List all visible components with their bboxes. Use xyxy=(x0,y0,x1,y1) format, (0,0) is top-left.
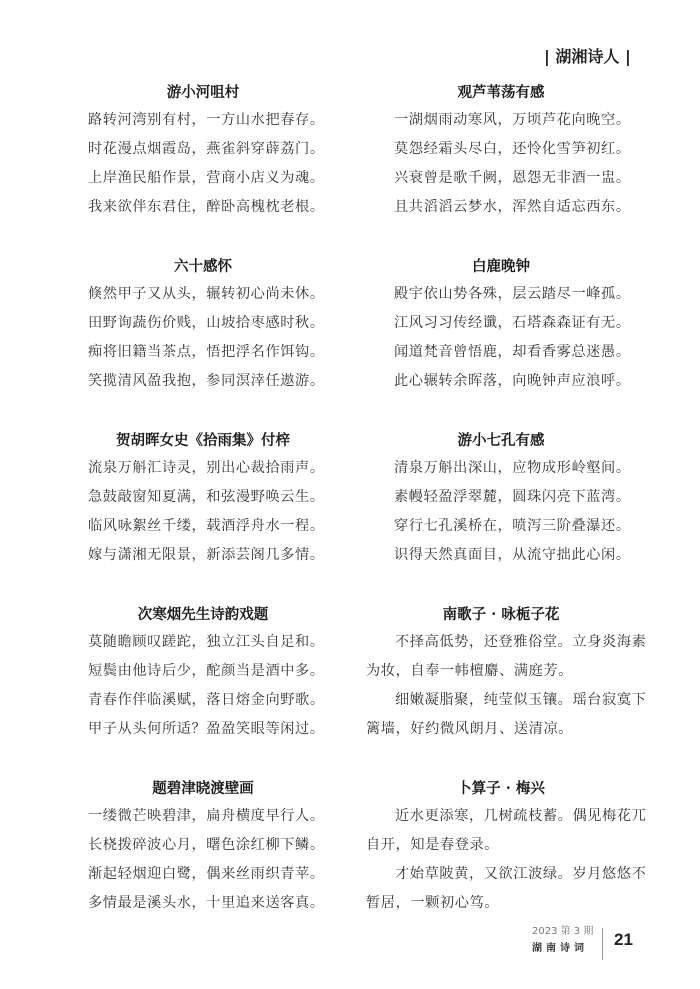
poem-line: 闻道梵音曾悟鹿，却看香雾总迷愚。 xyxy=(366,338,636,367)
footer: 2023 第 3 期 湖南诗词 xyxy=(532,922,593,954)
right-column: 观芦苇荡有感 一湖烟雨动寒风，万顷芦花向晚空。 莫怨经霜头尽白，还怜化雪笋初红。… xyxy=(366,80,636,918)
poem-line: 识得天然真面目，从流守拙此心闲。 xyxy=(366,541,636,570)
prose-line: 才始草陂黄，又欲江波绿。岁月悠悠不 xyxy=(366,860,636,889)
poem-line: 上岸渔民船作景，营商小店义为魂。 xyxy=(88,164,318,193)
poem: 次寒烟先生诗韵戏题 莫随瞻顾叹蹉跎，独立江头自足和。 短鬓由他诗后少，酡颜当是酒… xyxy=(88,602,318,744)
poem-line: 痴将旧籍当茶点，悟把浮名作饵钩。 xyxy=(88,338,318,367)
prose-line: 自开，知是春登录。 xyxy=(366,831,636,860)
poem-title: 观芦苇荡有感 xyxy=(366,80,636,106)
poem-title: 南歌子 · 咏栀子花 xyxy=(366,602,636,628)
issue-label: 2023 第 3 期 xyxy=(532,922,593,937)
poem: 观芦苇荡有感 一湖烟雨动寒风，万顷芦花向晚空。 莫怨经霜头尽白，还怜化雪笋初红。… xyxy=(366,80,636,222)
prose-line: 近水更添寒，几树疏枝蓄。偶见梅花兀 xyxy=(366,802,636,831)
poem-line: 田野询蔬伤价贱，山坡拾枣感时秋。 xyxy=(88,309,318,338)
poem-line: 殿宇依山势各殊，层云踏尽一峰孤。 xyxy=(366,280,636,309)
poem-line: 短鬓由他诗后少，酡颜当是酒中多。 xyxy=(88,657,318,686)
poem-title: 游小河咀村 xyxy=(88,80,318,106)
poem: 白鹿晚钟 殿宇依山势各殊，层云踏尽一峰孤。 江风习习传经谶，石塔森森证有无。 闻… xyxy=(366,254,636,396)
poem-title: 次寒烟先生诗韵戏题 xyxy=(88,602,318,628)
poem-title: 贺胡晖女史《拾雨集》付梓 xyxy=(88,428,318,454)
ci-poem: 南歌子 · 咏栀子花 不择高低势，还登雅俗堂。立身炎海素 为妆，自奉一帏檀麝、满… xyxy=(366,602,636,744)
poem-line: 急鼓敲窗知夏满，和弦漫野唤云生。 xyxy=(88,483,318,512)
poem-line: 且共滔滔云梦水，浑然自适忘西东。 xyxy=(366,193,636,222)
prose-line: 不择高低势，还登雅俗堂。立身炎海素 xyxy=(366,628,636,657)
poem-line: 此心辗转余晖落，向晚钟声应浪呼。 xyxy=(366,367,636,396)
poem-line: 青春作伴临溪赋，落日熔金向野歌。 xyxy=(88,686,318,715)
poem-line: 渐起轻烟迎白鹭，偶来丝雨织青苹。 xyxy=(88,860,318,889)
poem-line: 素幔轻盈浮翠麓，圆珠闪亮下蓝湾。 xyxy=(366,483,636,512)
poem-line: 一缕微芒映碧津，扁舟横度早行人。 xyxy=(88,802,318,831)
poem-line: 笑揽清风盈我抱，参同溟涬任遨游。 xyxy=(88,367,318,396)
section-tag: | 湖湘诗人 | xyxy=(544,44,631,67)
poem-line: 嫁与潇湘无限景，新添芸阁几多情。 xyxy=(88,541,318,570)
ci-poem: 卜算子 · 梅兴 近水更添寒，几树疏枝蓄。偶见梅花兀 自开，知是春登录。 才始草… xyxy=(366,776,636,918)
poem-line: 穿行七孔溪桥在，喷泻三阶叠瀑还。 xyxy=(366,512,636,541)
poem: 题碧津晓渡壁画 一缕微芒映碧津，扁舟横度早行人。 长桡拨碎波心月，曙色涂红柳下鳞… xyxy=(88,776,318,918)
left-column: 游小河咀村 路转河湾别有村，一方山水把春存。 时花漫点烟霞岛，燕雀斜穿薜荔门。 … xyxy=(88,80,318,918)
prose-line: 细嫩凝脂聚，纯莹似玉镶。瑶台寂寞下 xyxy=(366,686,636,715)
poem-line: 莫随瞻顾叹蹉跎，独立江头自足和。 xyxy=(88,628,318,657)
poem-line: 清泉万斛出深山，应物成形岭壑间。 xyxy=(366,454,636,483)
prose-line: 暂居，一颗初心笃。 xyxy=(366,889,636,918)
poem: 游小河咀村 路转河湾别有村，一方山水把春存。 时花漫点烟霞岛，燕雀斜穿薜荔门。 … xyxy=(88,80,318,222)
poem: 贺胡晖女史《拾雨集》付梓 流泉万斛汇诗灵，别出心裁拾雨声。 急鼓敲窗知夏满，和弦… xyxy=(88,428,318,570)
poem-line: 倏然甲子又从头，辗转初心尚未休。 xyxy=(88,280,318,309)
poem-title: 卜算子 · 梅兴 xyxy=(366,776,636,802)
poem-line: 路转河湾别有村，一方山水把春存。 xyxy=(88,106,318,135)
magazine-name: 湖南诗词 xyxy=(532,939,593,954)
poem-title: 题碧津晓渡壁画 xyxy=(88,776,318,802)
poem-line: 流泉万斛汇诗灵，别出心裁拾雨声。 xyxy=(88,454,318,483)
poem-line: 兴衰曾是歌千阙，恩怨无非酒一盅。 xyxy=(366,164,636,193)
poem-line: 临风咏絮丝千缕，载酒浮舟水一程。 xyxy=(88,512,318,541)
poem-line: 多情最是溪头水，十里追来送客真。 xyxy=(88,889,318,918)
poem-line: 我来欲伴东君住，醉卧高槐枕老根。 xyxy=(88,193,318,222)
prose-line: 篱墙，好约微风朗月、送清凉。 xyxy=(366,715,636,744)
poem-title: 游小七孔有感 xyxy=(366,428,636,454)
poem: 六十感怀 倏然甲子又从头，辗转初心尚未休。 田野询蔬伤价贱，山坡拾枣感时秋。 痴… xyxy=(88,254,318,396)
poem-title: 白鹿晚钟 xyxy=(366,254,636,280)
poem-line: 长桡拨碎波心月，曙色涂红柳下鳞。 xyxy=(88,831,318,860)
poem-line: 江风习习传经谶，石塔森森证有无。 xyxy=(366,309,636,338)
footer-divider xyxy=(602,928,603,960)
poem-title: 六十感怀 xyxy=(88,254,318,280)
poem-line: 时花漫点烟霞岛，燕雀斜穿薜荔门。 xyxy=(88,135,318,164)
poem-line: 甲子从头何所适？盈盈笑眼等闲过。 xyxy=(88,715,318,744)
prose-line: 为妆，自奉一帏檀麝、满庭芳。 xyxy=(366,657,636,686)
poem: 游小七孔有感 清泉万斛出深山，应物成形岭壑间。 素幔轻盈浮翠麓，圆珠闪亮下蓝湾。… xyxy=(366,428,636,570)
poem-line: 一湖烟雨动寒风，万顷芦花向晚空。 xyxy=(366,106,636,135)
page-number: 21 xyxy=(614,930,633,950)
poem-line: 莫怨经霜头尽白，还怜化雪笋初红。 xyxy=(366,135,636,164)
